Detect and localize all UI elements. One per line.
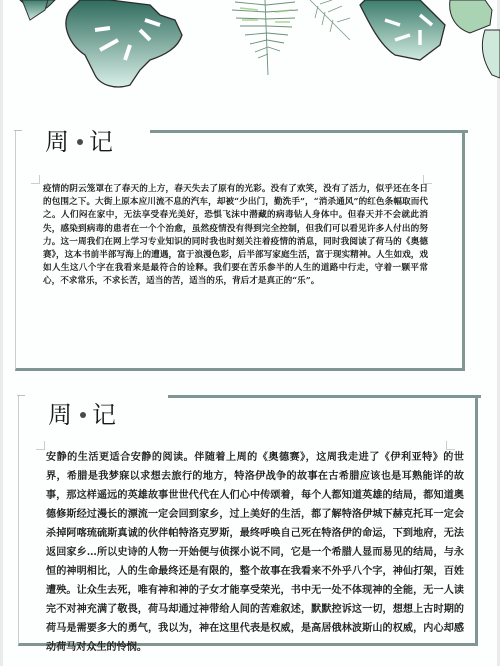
card-top-border bbox=[168, 395, 481, 398]
card-top-border bbox=[150, 130, 468, 133]
title-char-zhou: 周 bbox=[48, 401, 74, 429]
weekly-journal-card-1: 周记 疫情的阴云笼罩在了春天的上方，春天失去了原有的光彩。没有了欢笑，没有了活力… bbox=[15, 130, 465, 371]
title-dot-icon bbox=[80, 412, 86, 418]
journal-body-text: 疫情的阴云笼罩在了春天的上方，春天失去了原有的光彩。没有了欢笑，没有了活力，似乎… bbox=[43, 183, 428, 289]
title-char-zhou: 周 bbox=[45, 128, 71, 156]
page-edge-left bbox=[0, 0, 3, 666]
weekly-journal-card-2: 周记 安静的生活更适合安静的阅读。伴随着上周的《奥德赛》，这周我走进了《伊利亚特… bbox=[18, 395, 478, 646]
journal-body-text: 安静的生活更适合安静的阅读。伴随着上周的《奥德赛》，这周我走进了《伊利亚特》的世… bbox=[46, 448, 464, 657]
card-title: 周记 bbox=[45, 122, 115, 157]
text-corner-mark bbox=[36, 441, 45, 450]
tropical-leaves-header-illustration bbox=[0, 0, 500, 95]
title-dot-icon bbox=[77, 139, 83, 145]
text-corner-mark bbox=[31, 175, 40, 184]
card-corner-tick bbox=[17, 395, 25, 396]
card-corner-tick bbox=[14, 130, 22, 131]
card-title: 周记 bbox=[48, 395, 118, 430]
title-char-ji: 记 bbox=[89, 128, 115, 156]
leaf-decoration-icon bbox=[0, 0, 500, 95]
title-char-ji: 记 bbox=[92, 401, 118, 429]
